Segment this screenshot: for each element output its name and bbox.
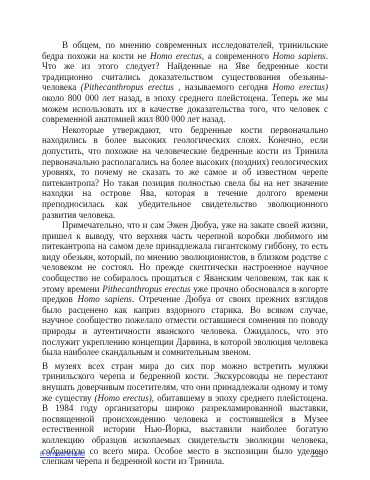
paragraph-2: Некоторые утверждают, что бедренные кост… <box>42 125 328 220</box>
document-body: В общем, по мнению современных исследова… <box>42 40 328 467</box>
italic-term: (Homo erectus) <box>95 393 152 403</box>
table-of-contents-link[interactable]: К оглавлению <box>40 451 85 458</box>
text-segment: , обитавшему в эпоху среднего плейстоцен… <box>42 393 328 467</box>
page-number: 229 <box>311 450 323 459</box>
text-segment: около 800 000 лет назад, в эпоху среднег… <box>42 93 328 124</box>
italic-term: Homo erectus <box>150 51 202 61</box>
italic-term: Homo sapiens <box>273 51 326 61</box>
text-segment: , называемого сегодня <box>174 82 273 92</box>
paragraph-4: В музеях всех стран мира до сих пор можн… <box>42 361 328 467</box>
italic-term: Pithecanthropus erectus <box>102 284 190 294</box>
paragraph-3: Примечательно, что и сам Эжен Дюбуа, уже… <box>42 220 328 358</box>
italic-term: Homo sapiens <box>78 294 132 304</box>
paragraph-1: В общем, по мнению современных исследова… <box>42 40 328 125</box>
text-segment: Некоторые утверждают, что бедренные кост… <box>42 125 328 220</box>
text-segment: Примечательно, что и сам Эжен Дюбуа, уже… <box>42 220 328 294</box>
italic-term: (Pithecanthropus erectus <box>81 82 174 92</box>
text-segment: , а современного <box>202 51 273 61</box>
italic-term: Homo erectus) <box>272 82 328 92</box>
